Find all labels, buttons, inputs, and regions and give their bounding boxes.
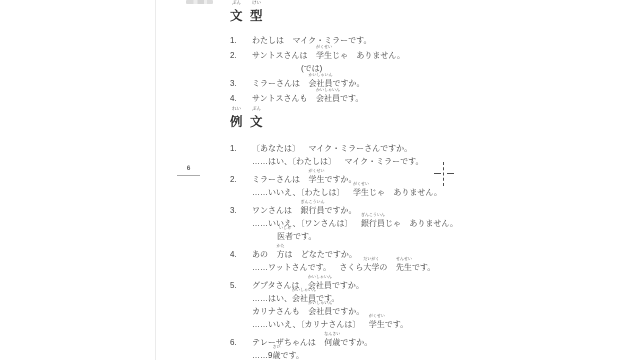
item-number: 4. [230, 92, 252, 105]
corner-print-smudge [186, 0, 213, 4]
ruby-annotated-word: 型けい [250, 6, 263, 24]
section-heading-bunkei: 文ぶん型けい [230, 7, 470, 24]
item-number: 2. [230, 173, 252, 199]
item-number: 1. [230, 34, 252, 47]
section-heading-reibun: 例れい文ぶん [230, 113, 470, 130]
margin-page-number-rule [177, 175, 200, 176]
item-number: 4. [230, 248, 252, 274]
section-bunkei: 文ぶん型けい1.わたしは マイク・ミラーです。2.サントスさんは 学生がくせいじ… [230, 7, 470, 105]
ruby-annotated-word: 医者いしゃ [277, 230, 293, 243]
ruby-annotated-word: 会社員かいしゃいん [308, 305, 332, 318]
ruby-annotated-word: 銀行員ぎんこういん [300, 204, 324, 217]
text-line: わたしは マイク・ミラーです。 [252, 34, 470, 47]
item-lines: サントスさんも 会社員かいしゃいんです。 [252, 92, 470, 105]
text-line: ……はい、〔わたしは〕 マイク・ミラーです。 [252, 155, 470, 168]
item-lines: 〔あなたは〕 マイク・ミラーさんですか。……はい、〔わたしは〕 マイク・ミラーで… [252, 142, 470, 168]
ruby-annotated-word: 何歳なんさい [324, 336, 340, 349]
section-reibun: 例れい文ぶん1.〔あなたは〕 マイク・ミラーさんですか。……はい、〔わたしは〕 … [230, 113, 470, 360]
text-line: サントスさんも 会社員かいしゃいんです。 [252, 92, 470, 105]
text-line: 医者いしゃです。 [277, 230, 470, 243]
ruby-annotated-word: 文ぶん [250, 112, 263, 130]
item-lines: あの 方かたは どなたですか。……ワットさんです。 さくら大学だいがくの 先生せ… [252, 248, 470, 274]
numbered-item: 1.わたしは マイク・ミラーです。 [230, 34, 470, 47]
text-line: 〔あなたは〕 マイク・ミラーさんですか。 [252, 142, 470, 155]
margin-page-number: 6 [177, 164, 200, 174]
item-number: 5. [230, 279, 252, 331]
item-lines: ミラーさんは 会社員かいしゃいんですか。 [252, 77, 470, 90]
text-line: ……いいえ、〔わたしは〕 学生がくせいじゃ ありません。 [252, 186, 470, 199]
numbered-item: 3.ワンさんは 銀行員ぎんこういんですか。……いいえ、〔ワンさんは〕 銀行員ぎん… [230, 204, 470, 243]
ruby-annotated-word: 歳さい [272, 349, 280, 360]
item-number: 2. [230, 49, 252, 75]
textbook-content-column: 文ぶん型けい1.わたしは マイク・ミラーです。2.サントスさんは 学生がくせいじ… [230, 7, 470, 360]
item-lines: ワンさんは 銀行員ぎんこういんですか。……いいえ、〔ワンさんは〕 銀行員ぎんこう… [252, 204, 470, 243]
text-line: カリナさんも 会社員かいしゃいんですか。 [252, 305, 470, 318]
item-lines: グプタさんは 会社員かいしゃいんですか。……はい、会社員かいしゃいんです。カリナ… [252, 279, 470, 331]
numbered-item: 2.ミラーさんは 学生がくせいですか。……いいえ、〔わたしは〕 学生がくせいじゃ… [230, 173, 470, 199]
text-line: あの 方かたは どなたですか。 [252, 248, 470, 261]
ruby-annotated-word: 会社員かいしゃいん [316, 92, 340, 105]
item-lines: テレーザちゃんは 何歳なんさいですか。……9歳さいです。 [252, 336, 470, 360]
ruby-annotated-word: 学生がくせい [353, 186, 369, 199]
numbered-item: 4.あの 方かたは どなたですか。……ワットさんです。 さくら大学だいがくの 先… [230, 248, 470, 274]
item-lines: わたしは マイク・ミラーです。 [252, 34, 470, 47]
ruby-annotated-word: 銀行員ぎんこういん [361, 217, 385, 230]
numbered-item: 4.サントスさんも 会社員かいしゃいんです。 [230, 92, 470, 105]
text-line: ……はい、会社員かいしゃいんです。 [252, 292, 470, 305]
numbered-item: 1.〔あなたは〕 マイク・ミラーさんですか。……はい、〔わたしは〕 マイク・ミラ… [230, 142, 470, 168]
item-number: 6. [230, 336, 252, 360]
numbered-item: 5.グプタさんは 会社員かいしゃいんですか。……はい、会社員かいしゃいんです。カ… [230, 279, 470, 331]
text-line: ……9歳さいです。 [252, 349, 470, 360]
ruby-annotated-word: 文ぶん [230, 6, 243, 24]
numbered-item: 2.サントスさんは 学生がくせいじゃ ありません。(では) [230, 49, 470, 75]
ruby-annotated-word: 方かた [276, 248, 284, 261]
numbered-item: 6.テレーザちゃんは 何歳なんさいですか。……9歳さいです。 [230, 336, 470, 360]
ruby-annotated-word: 学生がくせい [308, 173, 324, 186]
item-lines: ミラーさんは 学生がくせいですか。……いいえ、〔わたしは〕 学生がくせいじゃ あ… [252, 173, 470, 199]
ruby-annotated-word: 学生がくせい [369, 318, 385, 331]
item-number: 3. [230, 204, 252, 243]
ruby-annotated-word: 先生せんせい [396, 261, 412, 274]
text-line: ミラーさんは 会社員かいしゃいんですか。 [252, 77, 470, 90]
numbered-item: 3.ミラーさんは 会社員かいしゃいんですか。 [230, 77, 470, 90]
ruby-annotated-word: 大学だいがく [363, 261, 379, 274]
ruby-annotated-word: 例れい [230, 112, 243, 130]
text-line: ……いいえ、〔カリナさんは〕 学生がくせいです。 [252, 318, 470, 331]
item-number: 1. [230, 142, 252, 168]
text-line: ……ワットさんです。 さくら大学だいがくの 先生せんせいです。 [252, 261, 470, 274]
item-lines: サントスさんは 学生がくせいじゃ ありません。(では) [252, 49, 470, 75]
text-line: グプタさんは 会社員かいしゃいんですか。 [252, 279, 470, 292]
ruby-annotated-word: 学生がくせい [316, 49, 332, 62]
page-left-edge-line [155, 0, 156, 360]
item-number: 3. [230, 77, 252, 90]
text-line: テレーザちゃんは 何歳なんさいですか。 [252, 336, 470, 349]
text-line: サントスさんは 学生がくせいじゃ ありません。 [252, 49, 470, 62]
